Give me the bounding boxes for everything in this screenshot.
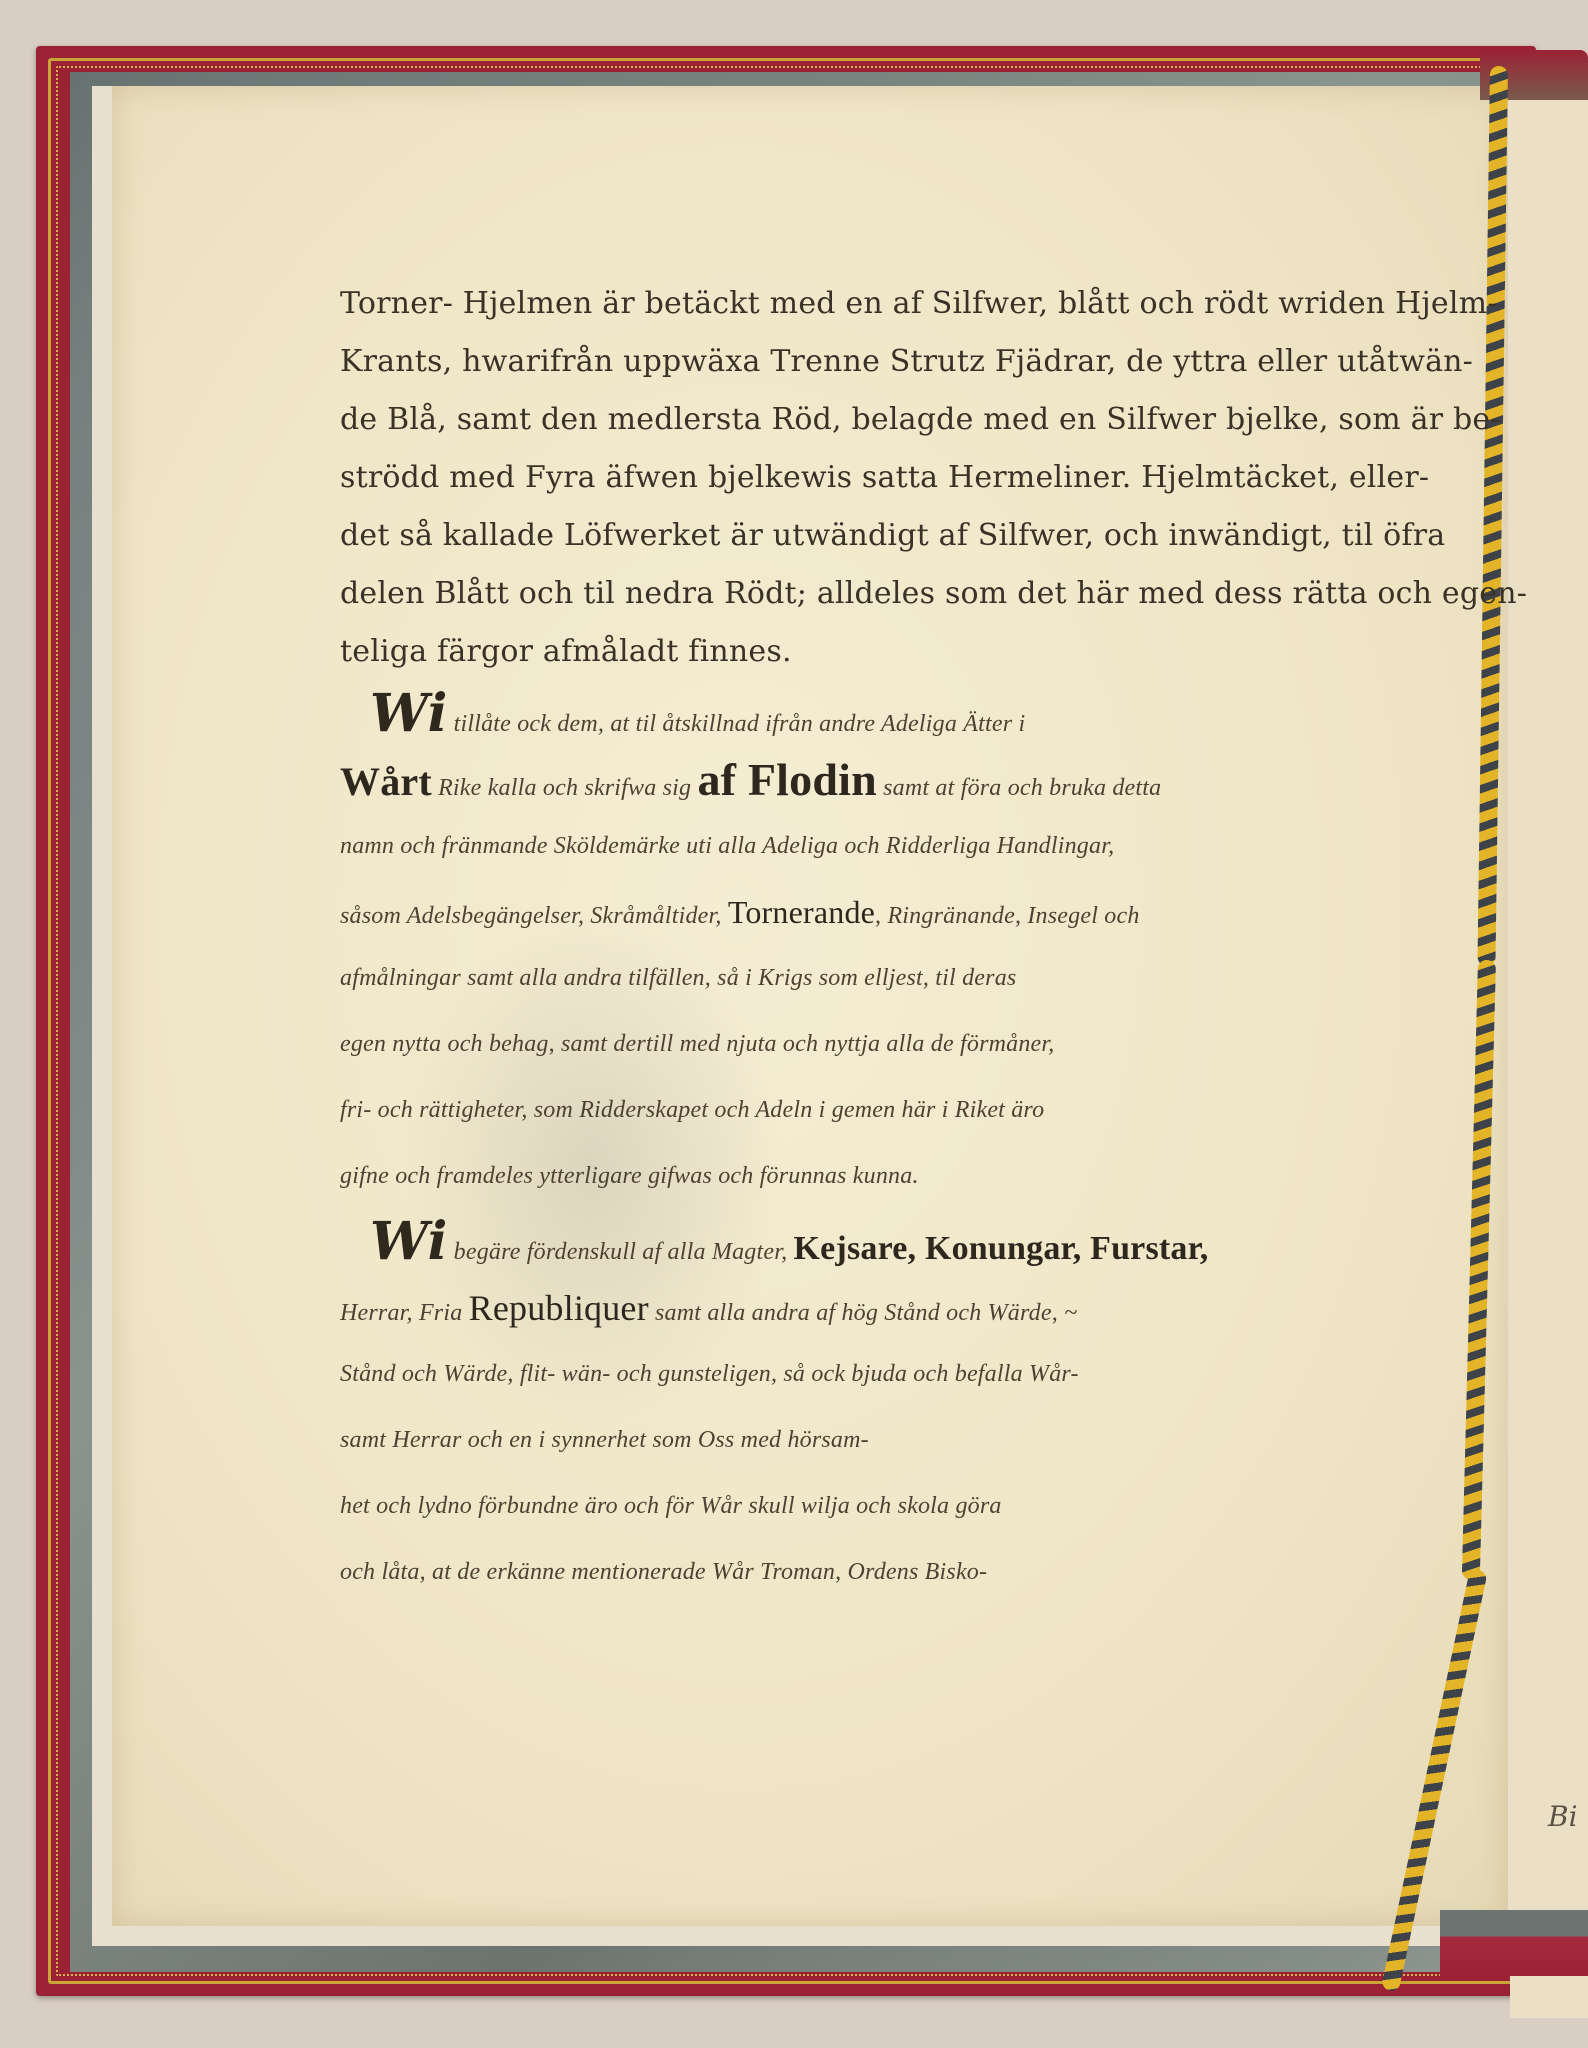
text-line: het och lydno förbundne äro och för Wår … <box>340 1473 1470 1539</box>
family-name: af Flodin <box>697 754 876 805</box>
text-line: Krants, hwarifrån uppwäxa Trenne Strutz … <box>340 333 1470 391</box>
opposite-page-fragment: Bi <box>1548 1800 1578 1833</box>
initial-letter: Wi <box>370 1211 448 1272</box>
text-line: delen Blått och til nedra Rödt; alldeles… <box>340 565 1470 623</box>
text-line: egen nytta och behag, samt dertill med n… <box>340 1011 1470 1077</box>
text-line: och låta, at de erkänne mentionerade Wår… <box>340 1539 1470 1605</box>
text-line: strödd med Fyra äfwen bjelkewis satta He… <box>340 449 1470 507</box>
text-line: samt Herrar och en i synnerhet som Oss m… <box>340 1407 1470 1473</box>
text-line: Wibegäre fördenskull af alla Magter, Kej… <box>340 1209 1470 1275</box>
spine-bottom <box>1440 1910 1588 1976</box>
text-line: afmålningar samt alla andra tilfällen, s… <box>340 945 1470 1011</box>
initial-letter: Wi <box>370 683 448 744</box>
text-line: det så kallade Löfwerket är utwändigt af… <box>340 507 1470 565</box>
text-line: fri- och rättigheter, som Ridderskapet o… <box>340 1077 1470 1143</box>
manuscript-text: Torner- Hjelmen är betäckt med en af Sil… <box>340 275 1470 1605</box>
text-line: Wårt Rike kalla och skrifwa sig af Flodi… <box>340 747 1470 813</box>
text-line: namn och fränmande Sköldemärke uti alla … <box>340 813 1470 879</box>
opposite-page <box>1510 58 1588 2018</box>
text-line: Witillåte ock dem, at til åtskillnad ifr… <box>340 681 1470 747</box>
text-line: Herrar, Fria Republiquer samt alla andra… <box>340 1275 1470 1341</box>
text-line: Torner- Hjelmen är betäckt med en af Sil… <box>340 275 1470 333</box>
text-line: såsom Adelsbegängelser, Skråmåltider, To… <box>340 879 1470 945</box>
text-line: de Blå, samt den medlersta Röd, belagde … <box>340 391 1470 449</box>
text-line: teliga färgor afmåladt finnes. <box>340 623 1470 681</box>
text-line: gifne och framdeles ytterligare gifwas o… <box>340 1143 1470 1209</box>
text-line: Stånd och Wärde, flit- wän- och gunsteli… <box>340 1341 1470 1407</box>
